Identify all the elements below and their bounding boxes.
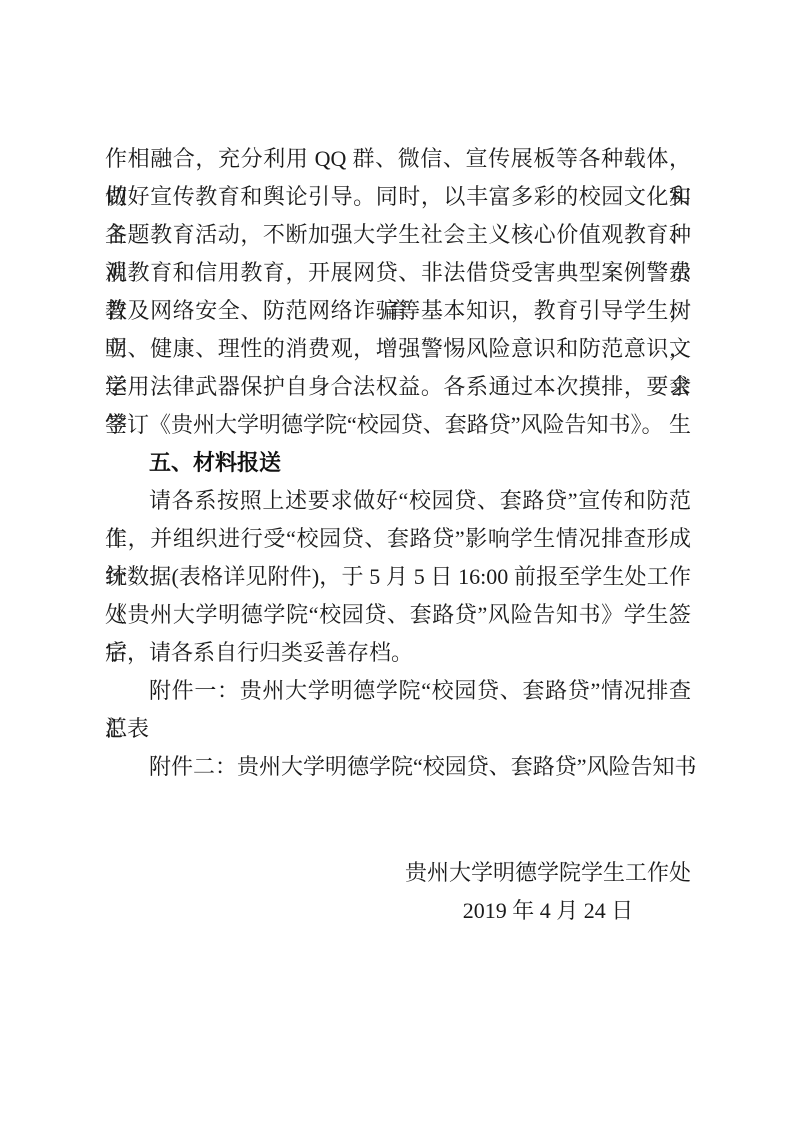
body-line: 作，并组织进行受“校园贷、套路贷”影响学生情况排查形成统 — [105, 520, 691, 558]
body-line: 后，请各系自行归类妥善存档。 — [105, 634, 691, 672]
attachment-line: 附件二：贵州大学明德学院“校园贷、套路贷”风险告知书 — [105, 748, 691, 786]
body-line: 做好宣传教育和舆论引导。同时，以丰富多彩的校园文化和各种 — [105, 178, 691, 216]
body-line: 明、健康、理性的消费观，增强警惕风险意识和防范意识，学会 — [105, 330, 691, 368]
section-heading: 五、材料报送 — [105, 444, 691, 482]
body-line: 计数据(表格详见附件)，于 5 月 5 日 16:00 前报至学生处工作处。 — [105, 558, 691, 596]
date-line: 2019 年 4 月 24 日 — [405, 892, 691, 930]
body-line: 观教育和信用教育，开展网贷、非法借贷受害典型案例警示教育， — [105, 254, 691, 292]
document-body: 作相融合，充分利用 QQ 群、微信、宣传展板等各种载体，切实 做好宣传教育和舆论… — [105, 140, 691, 930]
body-line: 作相融合，充分利用 QQ 群、微信、宣传展板等各种载体，切实 — [105, 140, 691, 178]
document-page: 作相融合，充分利用 QQ 群、微信、宣传展板等各种载体，切实 做好宣传教育和舆论… — [0, 0, 793, 1122]
body-line: 签订《贵州大学明德学院“校园贷、套路贷”风险告知书》。 — [105, 406, 691, 444]
body-line: 主题教育活动，不断加强大学生社会主义核心价值观教育、消费 — [105, 216, 691, 254]
body-line: 普及网络安全、防范网络诈骗等基本知识，教育引导学生树立文 — [105, 292, 691, 330]
signature-block: 贵州大学明德学院学生工作处 2019 年 4 月 24 日 — [405, 854, 691, 930]
body-line: 运用法律武器保护自身合法权益。各系通过本次摸排，要求学生 — [105, 368, 691, 406]
body-line: 请各系按照上述要求做好“校园贷、套路贷”宣传和防范工 — [105, 482, 691, 520]
attachment-line: 附件一：贵州大学明德学院“校园贷、套路贷”情况排查汇 — [105, 672, 691, 710]
attachment-line: 总表 — [105, 710, 691, 748]
signature-line: 贵州大学明德学院学生工作处 — [405, 854, 691, 892]
body-line: 《贵州大学明德学院“校园贷、套路贷”风险告知书》学生签字 — [105, 596, 691, 634]
